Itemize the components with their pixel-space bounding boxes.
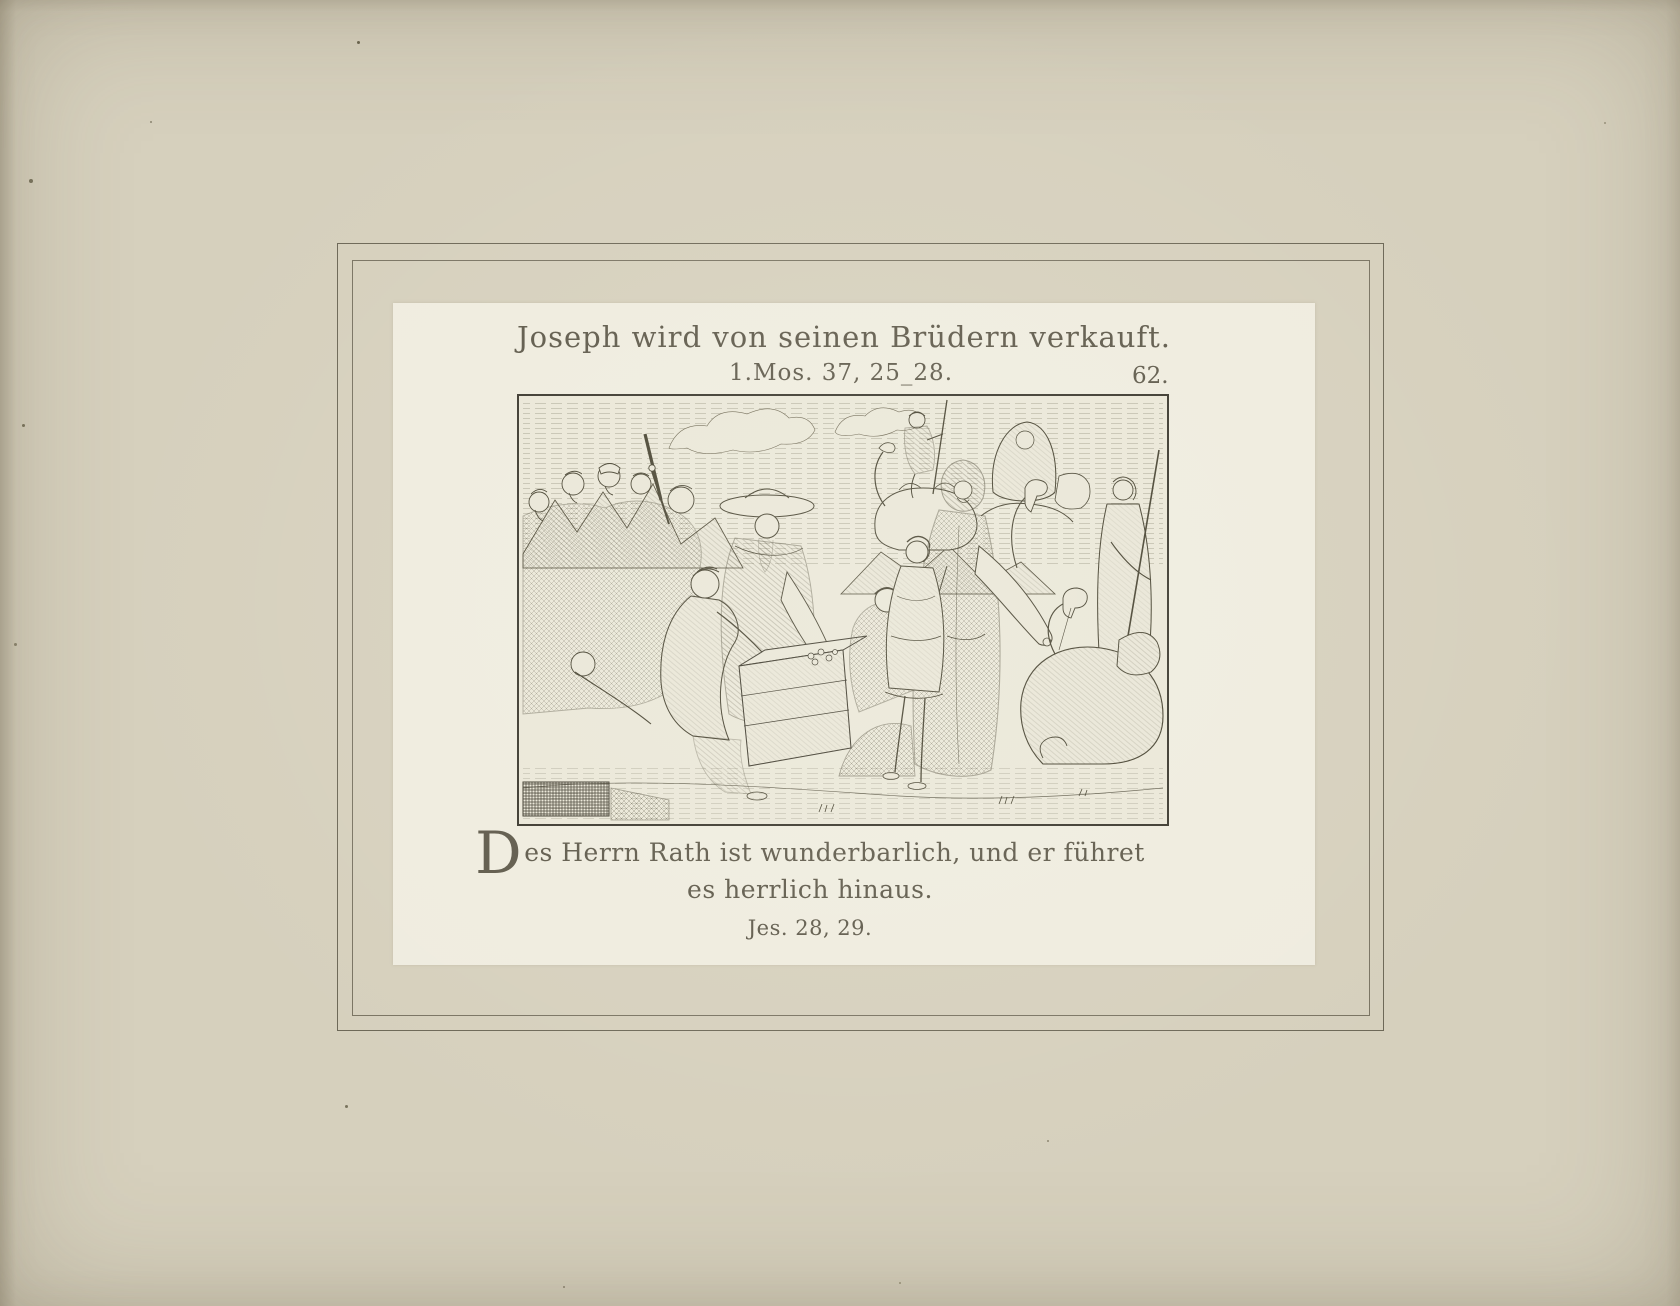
- plate-number: 62.: [1132, 363, 1169, 389]
- paper-speck: [22, 424, 25, 427]
- caption-line1-text: es Herrn Rath ist wunderbarlich, und er …: [524, 838, 1145, 867]
- paper-speck: [357, 41, 360, 44]
- caption-initial: D: [475, 819, 522, 887]
- paper-speck: [345, 1105, 348, 1108]
- paper-speck: [1604, 122, 1606, 124]
- paper-speck: [563, 1286, 565, 1288]
- plate-title: Joseph wird von seinen Brüdern verkauft.: [517, 320, 1165, 354]
- ground: [523, 764, 1163, 820]
- scripture-reference: 1.Mos. 37, 25_28.: [517, 360, 1165, 386]
- paper-speck: [14, 643, 17, 646]
- engraving: [517, 394, 1169, 826]
- paper-speck: [150, 121, 152, 123]
- caption-line2: es herrlich hinaus.: [450, 875, 1170, 904]
- book-page: Joseph wird von seinen Brüdern verkauft.…: [0, 0, 1680, 1306]
- paper-speck: [29, 179, 33, 183]
- caption: Des Herrn Rath ist wunderbarlich, und er…: [450, 838, 1170, 940]
- paper-speck: [899, 1282, 901, 1284]
- engraving-illustration: [519, 396, 1167, 824]
- caption-line1: Des Herrn Rath ist wunderbarlich, und er…: [450, 838, 1170, 867]
- caption-reference: Jes. 28, 29.: [450, 916, 1170, 940]
- paper-speck: [1047, 1140, 1049, 1142]
